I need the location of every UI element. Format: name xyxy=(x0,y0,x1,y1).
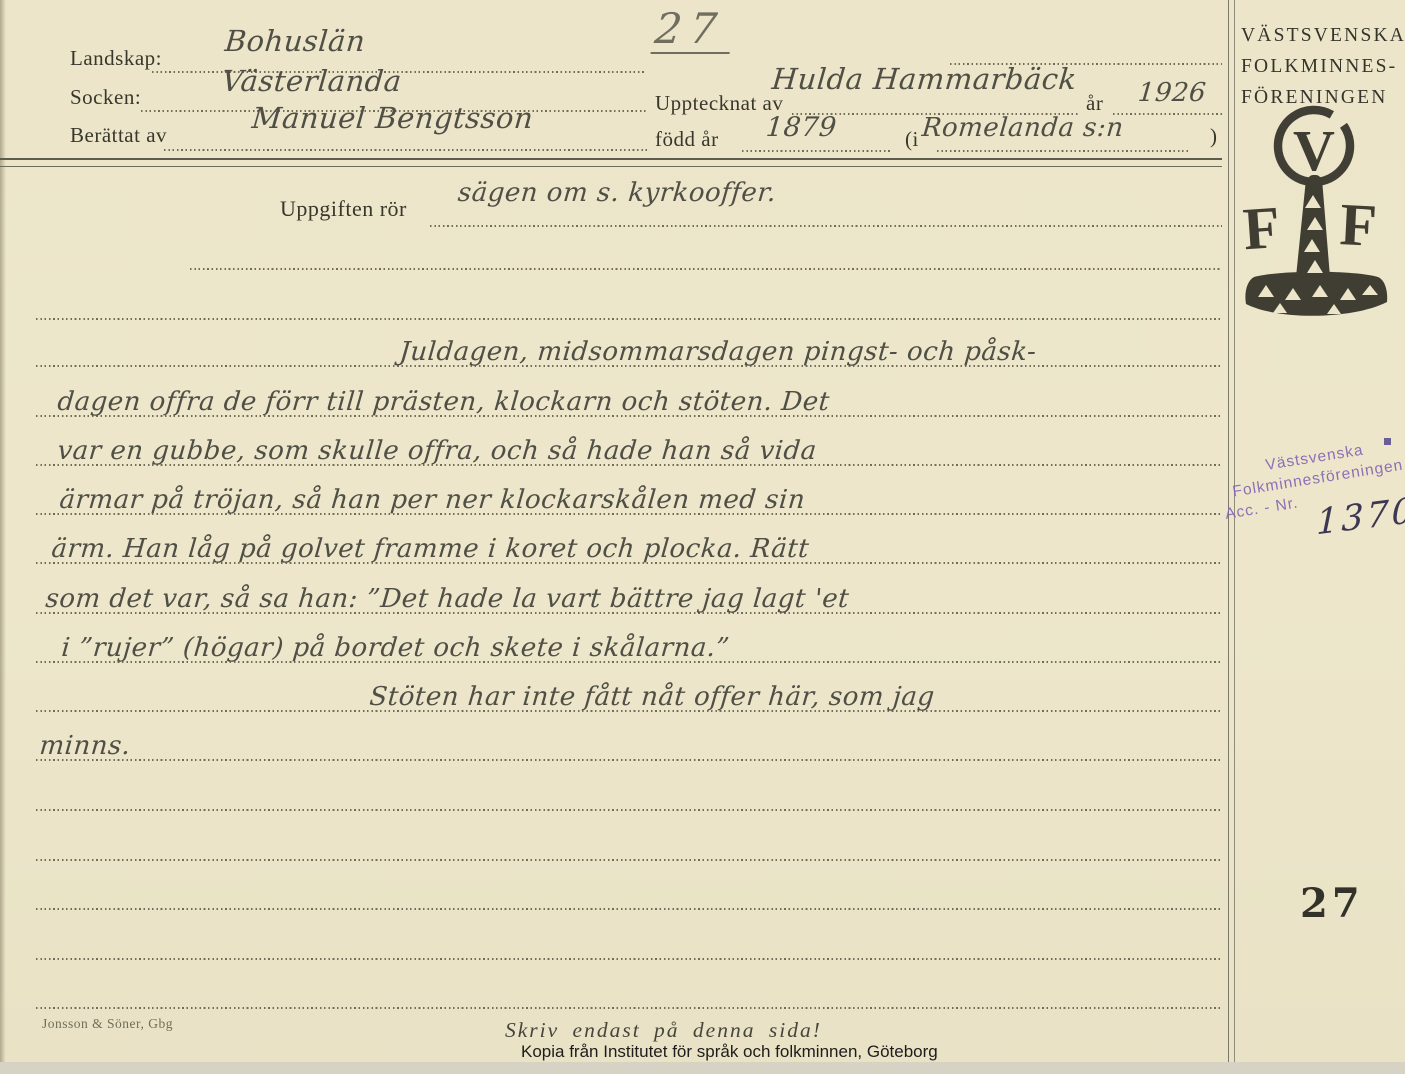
header-divider-rule xyxy=(0,158,1222,167)
dotted-line xyxy=(36,759,1222,761)
archive-card-page: Landskap: Bohuslän Socken: Västerlanda B… xyxy=(0,0,1405,1074)
paren-close-label: ) xyxy=(1210,124,1218,149)
logo-letter-v: V xyxy=(1293,118,1335,183)
narrative-line: Juldagen, midsommarsdagen pingst- och på… xyxy=(398,327,1038,367)
archive-copy-note: Kopia från Institutet för språk och folk… xyxy=(521,1042,938,1062)
ar-value-handwritten: 1926 xyxy=(1137,78,1208,108)
fodd-ar-value-handwritten: 1879 xyxy=(765,112,838,143)
socken-label: Socken: xyxy=(70,85,141,110)
dotted-line xyxy=(36,859,1222,861)
narrative-line: var en gubbe, som skulle offra, och så h… xyxy=(56,426,819,466)
dotted-line xyxy=(1113,113,1222,115)
ink-speck xyxy=(1384,438,1391,445)
landskap-label: Landskap: xyxy=(70,46,162,71)
sidebar-divider xyxy=(1228,0,1235,1062)
narrative-line: ärm. Han låg på golvet framme i koret oc… xyxy=(50,524,811,564)
birthplace-value-handwritten: Romelanda s:n xyxy=(921,113,1125,143)
uppgiften-ror-value-handwritten: sägen om s. kyrkooffer. xyxy=(457,178,778,208)
thors-hammer-logo: V F F xyxy=(1238,95,1394,327)
narrative-line: ärmar på tröjan, så han per ner klockars… xyxy=(58,475,807,515)
logo-letter-f-right: F xyxy=(1338,191,1378,259)
printer-imprint: Jonsson & Söner, Gbg xyxy=(42,1016,173,1032)
logo-letter-f-left: F xyxy=(1241,194,1282,262)
dotted-line xyxy=(430,225,1222,227)
org-line: VÄSTSVENSKA xyxy=(1241,20,1405,51)
narrative-line: som det var, så sa han: ”Det hade la var… xyxy=(44,574,851,614)
upptecknat-av-label: Upptecknat av xyxy=(655,91,783,116)
narrative-line: Stöten har inte fått nåt offer här, som … xyxy=(368,672,937,712)
dotted-line xyxy=(937,150,1189,152)
dotted-line xyxy=(36,809,1222,811)
sheet-number-handwritten: 27 xyxy=(650,6,735,54)
dotted-line xyxy=(164,149,648,151)
dotted-line xyxy=(190,268,1222,270)
berattat-av-label: Berättat av xyxy=(70,123,167,148)
dotted-line xyxy=(36,318,1222,320)
dotted-line xyxy=(36,1007,1222,1009)
socken-value-handwritten: Västerlanda xyxy=(221,64,404,98)
narrative-line: dagen offra de förr till prästen, klocka… xyxy=(56,377,832,417)
dotted-line xyxy=(36,908,1222,910)
dotted-line xyxy=(36,958,1222,960)
dotted-line xyxy=(742,150,890,152)
fodd-ar-label: född år xyxy=(655,127,719,152)
upptecknat-av-value-handwritten: Hulda Hammarbäck xyxy=(771,62,1079,96)
write-only-this-side-note: Skriv endast på denna sida! xyxy=(505,1018,822,1043)
narrative-line: minns. xyxy=(38,721,133,761)
org-line: FOLKMINNES- xyxy=(1241,51,1405,82)
berattat-av-value-handwritten: Manuel Bengtsson xyxy=(251,101,535,135)
narrative-line: i ”rujer” (högar) på bordet och skete i … xyxy=(60,623,731,663)
landskap-value-handwritten: Bohuslän xyxy=(224,24,367,58)
paren-open-label: (i xyxy=(905,127,919,152)
page-number-printed: 27 xyxy=(1300,880,1364,927)
uppgiften-ror-label: Uppgiften rör xyxy=(280,196,407,222)
scan-bottom-strip xyxy=(0,1062,1405,1074)
